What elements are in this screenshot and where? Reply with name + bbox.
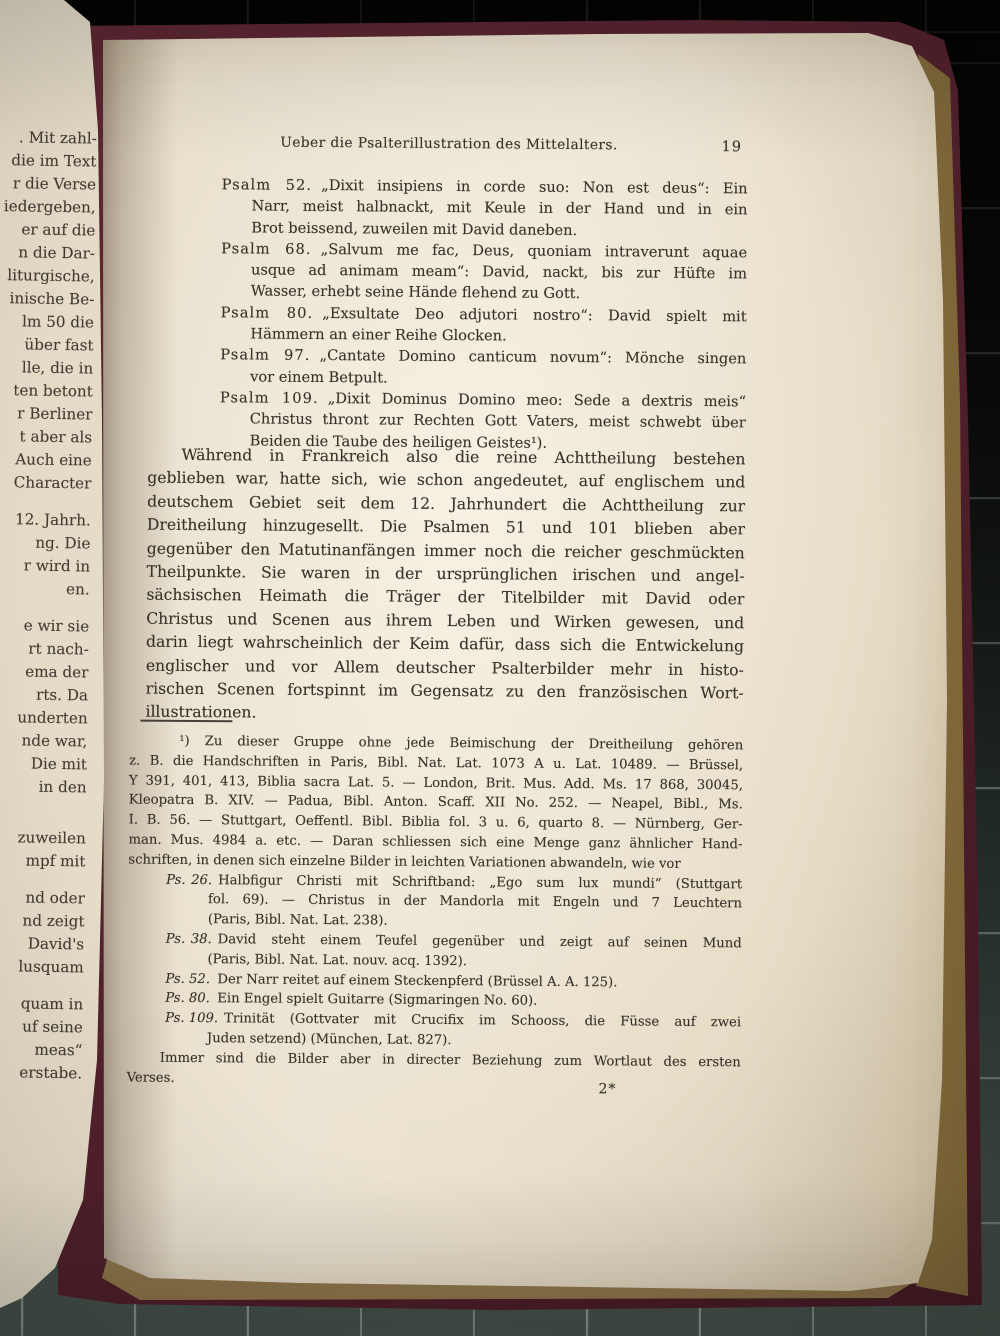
left-page-text-fragment: r Berliner bbox=[0, 402, 98, 427]
footnote-psalm-label: Ps. 52. bbox=[165, 969, 211, 989]
psalm-item: Psalm 68.„Salvum me fac, Deus, quoniam i… bbox=[149, 238, 747, 307]
left-page-text-fragment: nd zeigt bbox=[0, 909, 90, 934]
page-header: Ueber die Psalterillustration des Mittel… bbox=[150, 134, 748, 161]
footnote-psalm-text: Trinität (Gottvater mit Crucifix im Scho… bbox=[224, 1011, 741, 1030]
left-page-text-fragment: uf seine bbox=[0, 1015, 88, 1040]
psalm-text: „Salvum me fac, Deus, quoniam intraverun… bbox=[321, 241, 748, 261]
left-page-text-fragment: ten betont bbox=[0, 379, 98, 404]
left-page-text-fragment bbox=[0, 978, 89, 994]
left-page-text-fragment: rts. Da bbox=[0, 683, 93, 708]
footnote-psalm-item: Ps. 26.Halbfigur Christi mit Schriftband… bbox=[166, 870, 742, 934]
left-page-text-fragment: lusquam bbox=[0, 955, 89, 980]
left-page-text-fragment: David's bbox=[0, 932, 89, 957]
left-page-text-fragment: quam in bbox=[0, 992, 88, 1017]
left-page-text-fragment: liturgische, bbox=[0, 264, 100, 289]
running-title: Ueber die Psalterillustration des Mittel… bbox=[150, 134, 748, 155]
left-page-text-fragment: en. bbox=[0, 577, 95, 602]
left-page-text-fragment: ng. Die bbox=[0, 531, 96, 556]
psalm-list: Psalm 52.„Dixit insipiens in corde suo: … bbox=[148, 174, 748, 456]
left-page-text-fragment: inische Be- bbox=[0, 287, 99, 312]
left-page-text-fragment bbox=[0, 872, 90, 888]
left-page-text-fragment: r die Verse bbox=[0, 172, 101, 197]
psalm-text: „Dixit Dominus Domino meo: Sede a dextri… bbox=[328, 390, 746, 410]
left-page-text-fragment: Auch eine bbox=[0, 448, 97, 473]
psalm-number-label: Psalm 109. bbox=[220, 389, 319, 407]
left-page-text-fragment: mpf mit bbox=[0, 849, 91, 874]
footnote-psalm-text: Der Narr reitet auf einem Steckenpferd (… bbox=[217, 972, 617, 990]
page-number: 19 bbox=[721, 139, 742, 155]
left-page-text-fragment bbox=[0, 600, 95, 616]
left-page-fragments: . Mit zahl- die im Text r die Verse iede… bbox=[0, 126, 102, 1085]
psalm-number-label: Psalm 80. bbox=[221, 304, 314, 322]
footnote: ¹) Zu dieser Gruppe ohne jede Beimischun… bbox=[127, 731, 744, 1092]
psalm-continuation: usque ad animam meam“: David, nackt, bis… bbox=[149, 259, 747, 306]
left-page-text-fragment bbox=[0, 494, 96, 510]
psalm-text: „Exsultate Deo adjutori nostro“: David s… bbox=[322, 305, 746, 325]
left-page-text-fragment: lm 50 die bbox=[0, 310, 99, 335]
left-page-text-fragment: t aber als bbox=[0, 425, 97, 450]
left-page-text-fragment bbox=[0, 798, 91, 814]
page-text: Ueber die Psalterillustration des Mittel… bbox=[0, 0, 1000, 1336]
left-page-text-fragment: 12. Jahrh. bbox=[0, 508, 96, 533]
footnote-closing: Immer sind die Bilder aber in directer B… bbox=[127, 1048, 741, 1092]
left-page-text-fragment: Die mit bbox=[0, 752, 92, 777]
signature-mark: 2* bbox=[598, 1081, 616, 1097]
left-page-text-fragment: . Mit zahl- bbox=[0, 126, 102, 151]
left-page-text-fragment: nd oder bbox=[0, 886, 90, 911]
footnote-psalm-text: David steht einem Teufel gegenüber und z… bbox=[218, 932, 742, 951]
left-page-text-fragment: die im Text bbox=[0, 149, 102, 174]
left-page-text-fragment: iedergeben, bbox=[0, 195, 101, 220]
psalm-text: „Cantate Domino canticum novum“: Mönche … bbox=[319, 347, 746, 367]
left-page-text-fragment: underten bbox=[0, 706, 93, 731]
left-page-text-fragment: er auf die bbox=[0, 218, 101, 243]
psalm-continuation: Narr, meist halbnackt, mit Keule in der … bbox=[149, 195, 747, 242]
footnote-psalm-label: Ps. 38. bbox=[166, 930, 212, 950]
footnote-intro: ¹) Zu dieser Gruppe ohne jede Beimischun… bbox=[128, 731, 743, 874]
left-page-text-fragment: lle, die in bbox=[0, 356, 98, 381]
footnote-psalm-item: Ps. 38.David steht einem Teufel gegenübe… bbox=[165, 930, 741, 974]
psalm-text: „Dixit insipiens in corde suo: Non est d… bbox=[321, 177, 748, 197]
psalm-item: Psalm 97.„Cantate Domino canticum novum“… bbox=[148, 344, 746, 391]
psalm-number-label: Psalm 97. bbox=[220, 347, 310, 365]
right-page: Ueber die Psalterillustration des Mittel… bbox=[0, 0, 1000, 1336]
body-paragraph: Während in Frankreich also die reine Ach… bbox=[145, 444, 745, 730]
footnote-psalm-item: Ps. 109.Trinität (Gottvater mit Crucifix… bbox=[165, 1009, 741, 1053]
left-page-text-fragment: Character bbox=[0, 471, 97, 496]
body-text-line: illustrationen. bbox=[145, 701, 743, 729]
footnote-psalm-label: Ps. 109. bbox=[165, 1009, 218, 1029]
left-page-text-fragment bbox=[0, 812, 91, 828]
footnote-psalm-text: Ein Engel spielt Guitarre (Sigmaringen N… bbox=[217, 992, 537, 1010]
left-page-text-fragment: e wir sie bbox=[0, 614, 94, 639]
left-page-text-fragment: r wird in bbox=[0, 554, 95, 579]
footnote-psalm-label: Ps. 80. bbox=[165, 989, 211, 1009]
left-page-text-fragment: ema der bbox=[0, 660, 94, 685]
footnote-psalm-label: Ps. 26. bbox=[166, 870, 212, 890]
footnote-psalm-continuation: fol. 69). — Christus in der Mandorla mit… bbox=[166, 890, 742, 934]
left-page-text-fragment: zuweilen bbox=[0, 826, 91, 851]
psalm-number-label: Psalm 52. bbox=[222, 176, 313, 194]
left-page-text-fragment: in den bbox=[0, 775, 92, 800]
book-photo-scene: Ueber die Psalterillustration des Mittel… bbox=[0, 0, 1000, 1336]
footnote-psalm-text: Halbfigur Christi mit Schriftband: „Ego … bbox=[218, 873, 742, 892]
left-page-text-fragment: meas“ bbox=[0, 1038, 88, 1063]
psalm-item: Psalm 80.„Exsultate Deo adjutori nostro“… bbox=[148, 301, 746, 348]
left-page-text-fragment: rt nach- bbox=[0, 637, 94, 662]
left-page-text-fragment: n die Dar- bbox=[0, 241, 100, 266]
left-page-text-fragment: erstabe. bbox=[0, 1061, 87, 1086]
psalm-number-label: Psalm 68. bbox=[221, 240, 312, 258]
psalm-item: Psalm 52.„Dixit insipiens in corde suo: … bbox=[149, 174, 747, 243]
left-page-text-fragment: über fast bbox=[0, 333, 99, 358]
footnote-psalm-list: Ps. 26.Halbfigur Christi mit Schriftband… bbox=[127, 870, 742, 1053]
left-page-text-fragment: nde war, bbox=[0, 729, 93, 754]
